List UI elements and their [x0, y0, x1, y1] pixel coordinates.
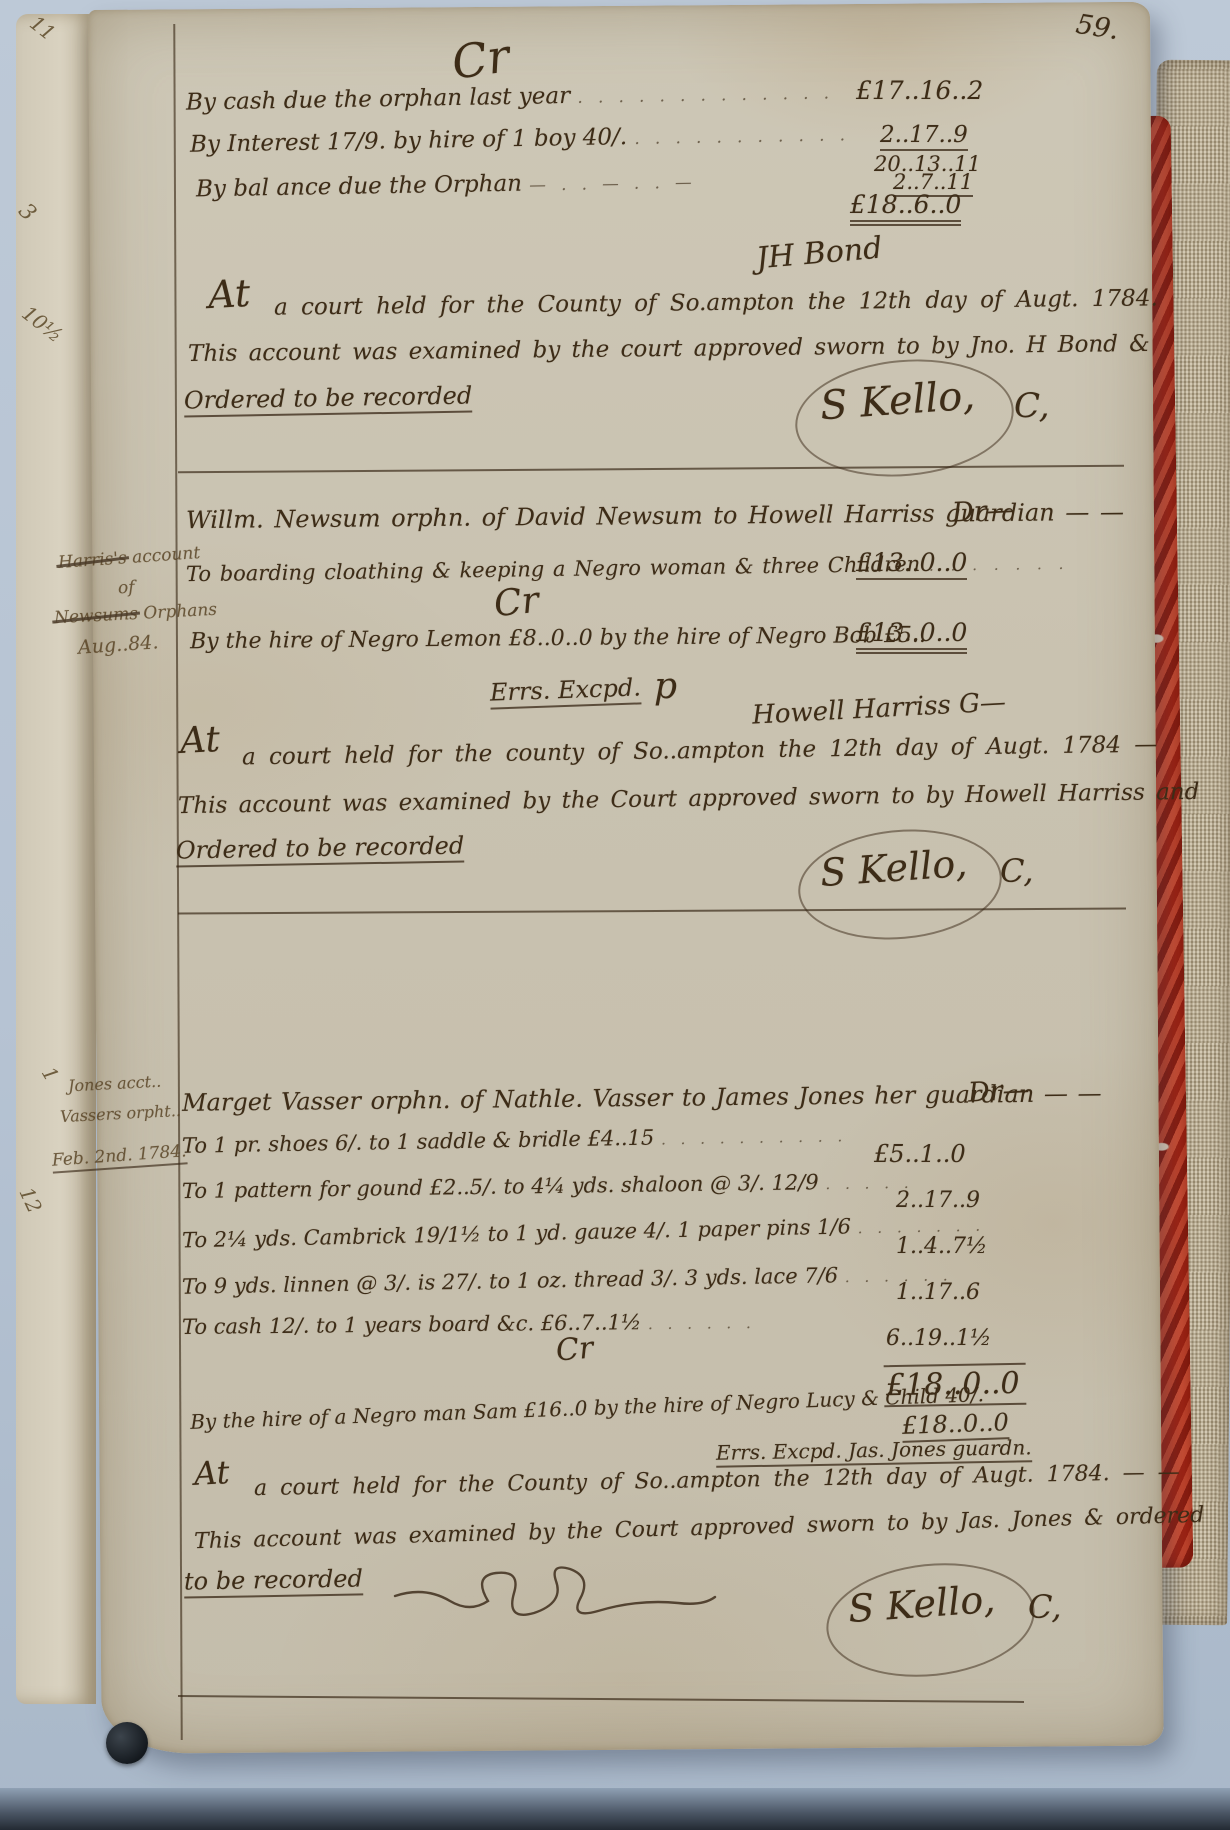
court-line: to be recorded — [184, 1564, 363, 1598]
dot-leader: . . . . . . — [648, 1314, 756, 1333]
previous-page-edge — [16, 14, 96, 1704]
clerk-title: C, — [1028, 1588, 1062, 1626]
entry-amount: 1..17..6 — [896, 1280, 980, 1305]
margin-note: of — [117, 578, 135, 599]
court-paragraph-initial: At — [207, 271, 251, 317]
page-number: 59. — [1074, 9, 1121, 46]
display-fastener — [106, 1722, 148, 1764]
debit-label: Dr— — [967, 1074, 1030, 1108]
debit-label: Dr— — [951, 494, 1014, 528]
credit-header: Cr — [492, 580, 541, 625]
dot-leader: . . . . . . . . . . . . . — [577, 83, 834, 106]
credit-header: Cr — [449, 28, 513, 89]
court-line: Ordered to be recorded — [176, 831, 465, 867]
entry-amount: 2..17..9 — [880, 122, 968, 151]
dot-leader: . . . . . . . . . . . — [634, 125, 850, 148]
title-dashes: — — — [1065, 498, 1124, 527]
court-paragraph-initial: At — [179, 719, 221, 762]
dot-leader: — . . — . . — — [529, 173, 697, 195]
entry-amount: 1..4..7½ — [896, 1234, 987, 1259]
clerk-title: C, — [1014, 386, 1050, 426]
credit-header: Cr — [555, 1330, 595, 1368]
total-amount: £18..6..0 — [850, 190, 961, 226]
court-line: Ordered to be recorded — [184, 381, 473, 417]
entry-amount: £17..16..2 — [856, 76, 983, 105]
title-dashes: — — — [1044, 1079, 1102, 1108]
entry-amount: £13..0..0 — [856, 548, 967, 580]
entry-amount: 2..17..9 — [896, 1188, 980, 1213]
entry-amount: £13..0..0 — [856, 618, 967, 654]
per-mark: p — [654, 666, 677, 707]
entry-amount: £5..1..0 — [874, 1140, 966, 1168]
court-paragraph-initial: At — [193, 1453, 230, 1493]
dot-leader: . . . . . . . . . . — [661, 1127, 848, 1148]
errors-excepted: Errs. Excpd. — [490, 673, 642, 709]
pen-flourish — [390, 1556, 720, 1620]
entry-amount: 6..19..1½ — [886, 1326, 991, 1351]
ledger-photo: 11 3 10½ 1 12 59. Cr By cash due the orp… — [0, 0, 1230, 1830]
clerk-title: C, — [1000, 852, 1034, 890]
table-edge — [0, 1788, 1230, 1830]
